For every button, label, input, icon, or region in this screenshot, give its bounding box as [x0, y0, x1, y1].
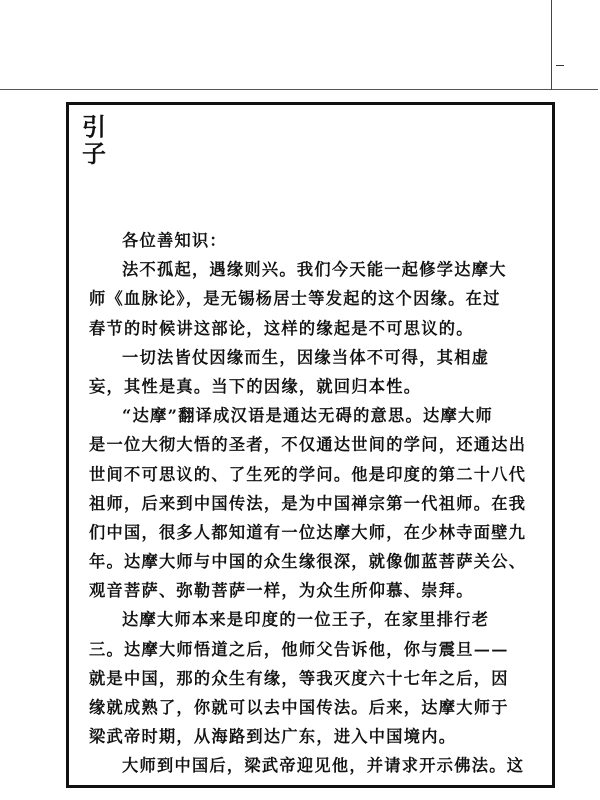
text-line: 观音菩萨、弥勒菩萨一样，为众生所仰慕、崇拜。 [89, 576, 542, 605]
text-line: 就是中国，那的众生有缘，等我灭度六十七年之后，因 [89, 664, 542, 693]
text-line: 达摩大师本来是印度的一位王子，在家里排行老 [89, 605, 542, 634]
text-line: 法不孤起，遇缘则兴。我们今天能一起修学达摩大 [89, 255, 542, 284]
chapter-title-char: 引 [82, 114, 110, 141]
text-line: 世间不可思议的、了生死的学问。他是印度的第二十八代 [89, 460, 542, 489]
text-line: 各位善知识： [89, 226, 542, 255]
text-line: 梁武帝时期，从海路到达广东，进入中国境内。 [89, 722, 542, 751]
text-line: 们中国，很多人都知道有一位达摩大师，在少林寺面壁九 [89, 518, 542, 547]
header-mark [556, 65, 564, 66]
text-line: 妄，其性是真。当下的因缘，就回归本性。 [89, 372, 542, 401]
text-line: 祖师，后来到中国传法，是为中国禅宗第一代祖师。在我 [89, 489, 542, 518]
text-line: “达摩”翻译成汉语是通达无碍的意思。达摩大师 [89, 401, 542, 430]
text-line: 春节的时候讲这部论，这样的缘起是不可思议的。 [89, 314, 542, 343]
text-line: 缘就成熟了，你就可以去中国传法。后来，达摩大师于 [89, 693, 542, 722]
chapter-title: 引 子 [82, 114, 110, 168]
text-line: 师《血脉论》，是无锡杨居士等发起的这个因缘。在过 [89, 284, 542, 313]
text-line: 三。达摩大师悟道之后，他师父告诉他，你与震旦—— [89, 635, 542, 664]
header-rule [0, 89, 598, 90]
body-text: 各位善知识：法不孤起，遇缘则兴。我们今天能一起修学达摩大师《血脉论》，是无锡杨居… [89, 226, 542, 781]
chapter-title-char: 子 [82, 141, 110, 168]
text-line: 年。达摩大师与中国的众生缘很深，就像伽蓝菩萨关公、 [89, 547, 542, 576]
text-line: 一切法皆仗因缘而生，因缘当体不可得，其相虚 [89, 343, 542, 372]
text-line: 是一位大彻大悟的圣者，不仅通达世间的学问，还通达出 [89, 430, 542, 459]
header-vertical-rule [551, 0, 552, 90]
text-line: 大师到中国后，梁武帝迎见他，并请求开示佛法。这 [89, 751, 542, 780]
